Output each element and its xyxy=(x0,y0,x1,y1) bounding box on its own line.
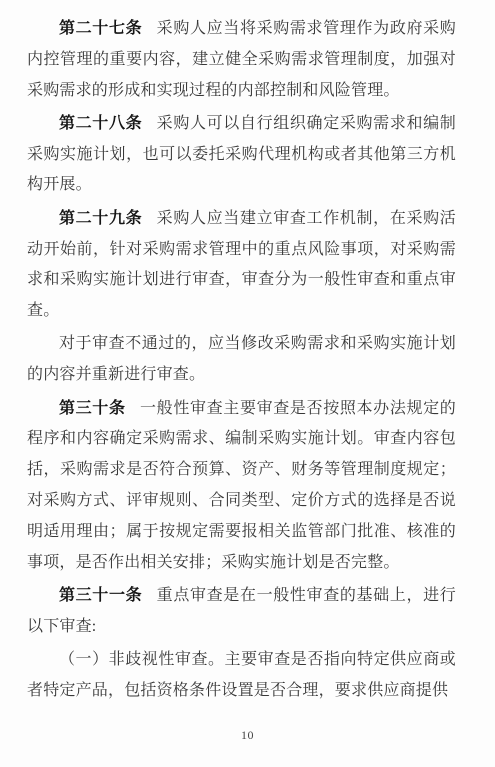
article-29-paragraph: 第二十九条采购人应当建立审查工作机制，在采购活动开始前，针对采购需求管理中的重点… xyxy=(27,204,456,327)
article-30-paragraph: 第三十条一般性审查主要审查是否按照本办法规定的程序和内容确定采购需求、编制采购实… xyxy=(27,394,456,579)
article-28-paragraph: 第二十八条采购人可以自行组织确定采购需求和编制采购实施计划，也可以委托采购代理机… xyxy=(27,109,456,201)
article-28-number: 第二十八条 xyxy=(59,115,142,132)
article-27-paragraph: 第二十七条采购人应当将采购需求管理作为政府采购内控管理的重要内容，建立健全采购需… xyxy=(27,14,456,106)
article-31-number: 第三十一条 xyxy=(59,587,142,604)
article-30-text: 一般性审查主要审查是否按照本办法规定的程序和内容确定采购需求、编制采购实施计划。… xyxy=(27,400,456,571)
document-body: 第二十七条采购人应当将采购需求管理作为政府采购内控管理的重要内容，建立健全采购需… xyxy=(27,14,456,709)
article-27-number: 第二十七条 xyxy=(59,20,142,37)
article-30-number: 第三十条 xyxy=(59,400,126,417)
article-31-paragraph: 第三十一条重点审查是在一般性审查的基础上，进行以下审查: xyxy=(27,581,456,643)
item-1-text: （一）非歧视性审查。主要审查是否指向特定供应商或者特定产品，包括资格条件设置是否… xyxy=(27,651,456,699)
review-failure-paragraph: 对于审查不通过的，应当修改采购需求和采购实施计划的内容并重新进行审查。 xyxy=(27,329,456,391)
document-page: 第二十七条采购人应当将采购需求管理作为政府采购内控管理的重要内容，建立健全采购需… xyxy=(0,0,495,767)
review-failure-text: 对于审查不通过的，应当修改采购需求和采购实施计划的内容并重新进行审查。 xyxy=(27,335,456,383)
page-number: 10 xyxy=(0,728,495,743)
item-1-non-discrimination-paragraph: （一）非歧视性审查。主要审查是否指向特定供应商或者特定产品，包括资格条件设置是否… xyxy=(27,645,456,707)
article-29-number: 第二十九条 xyxy=(59,210,142,227)
